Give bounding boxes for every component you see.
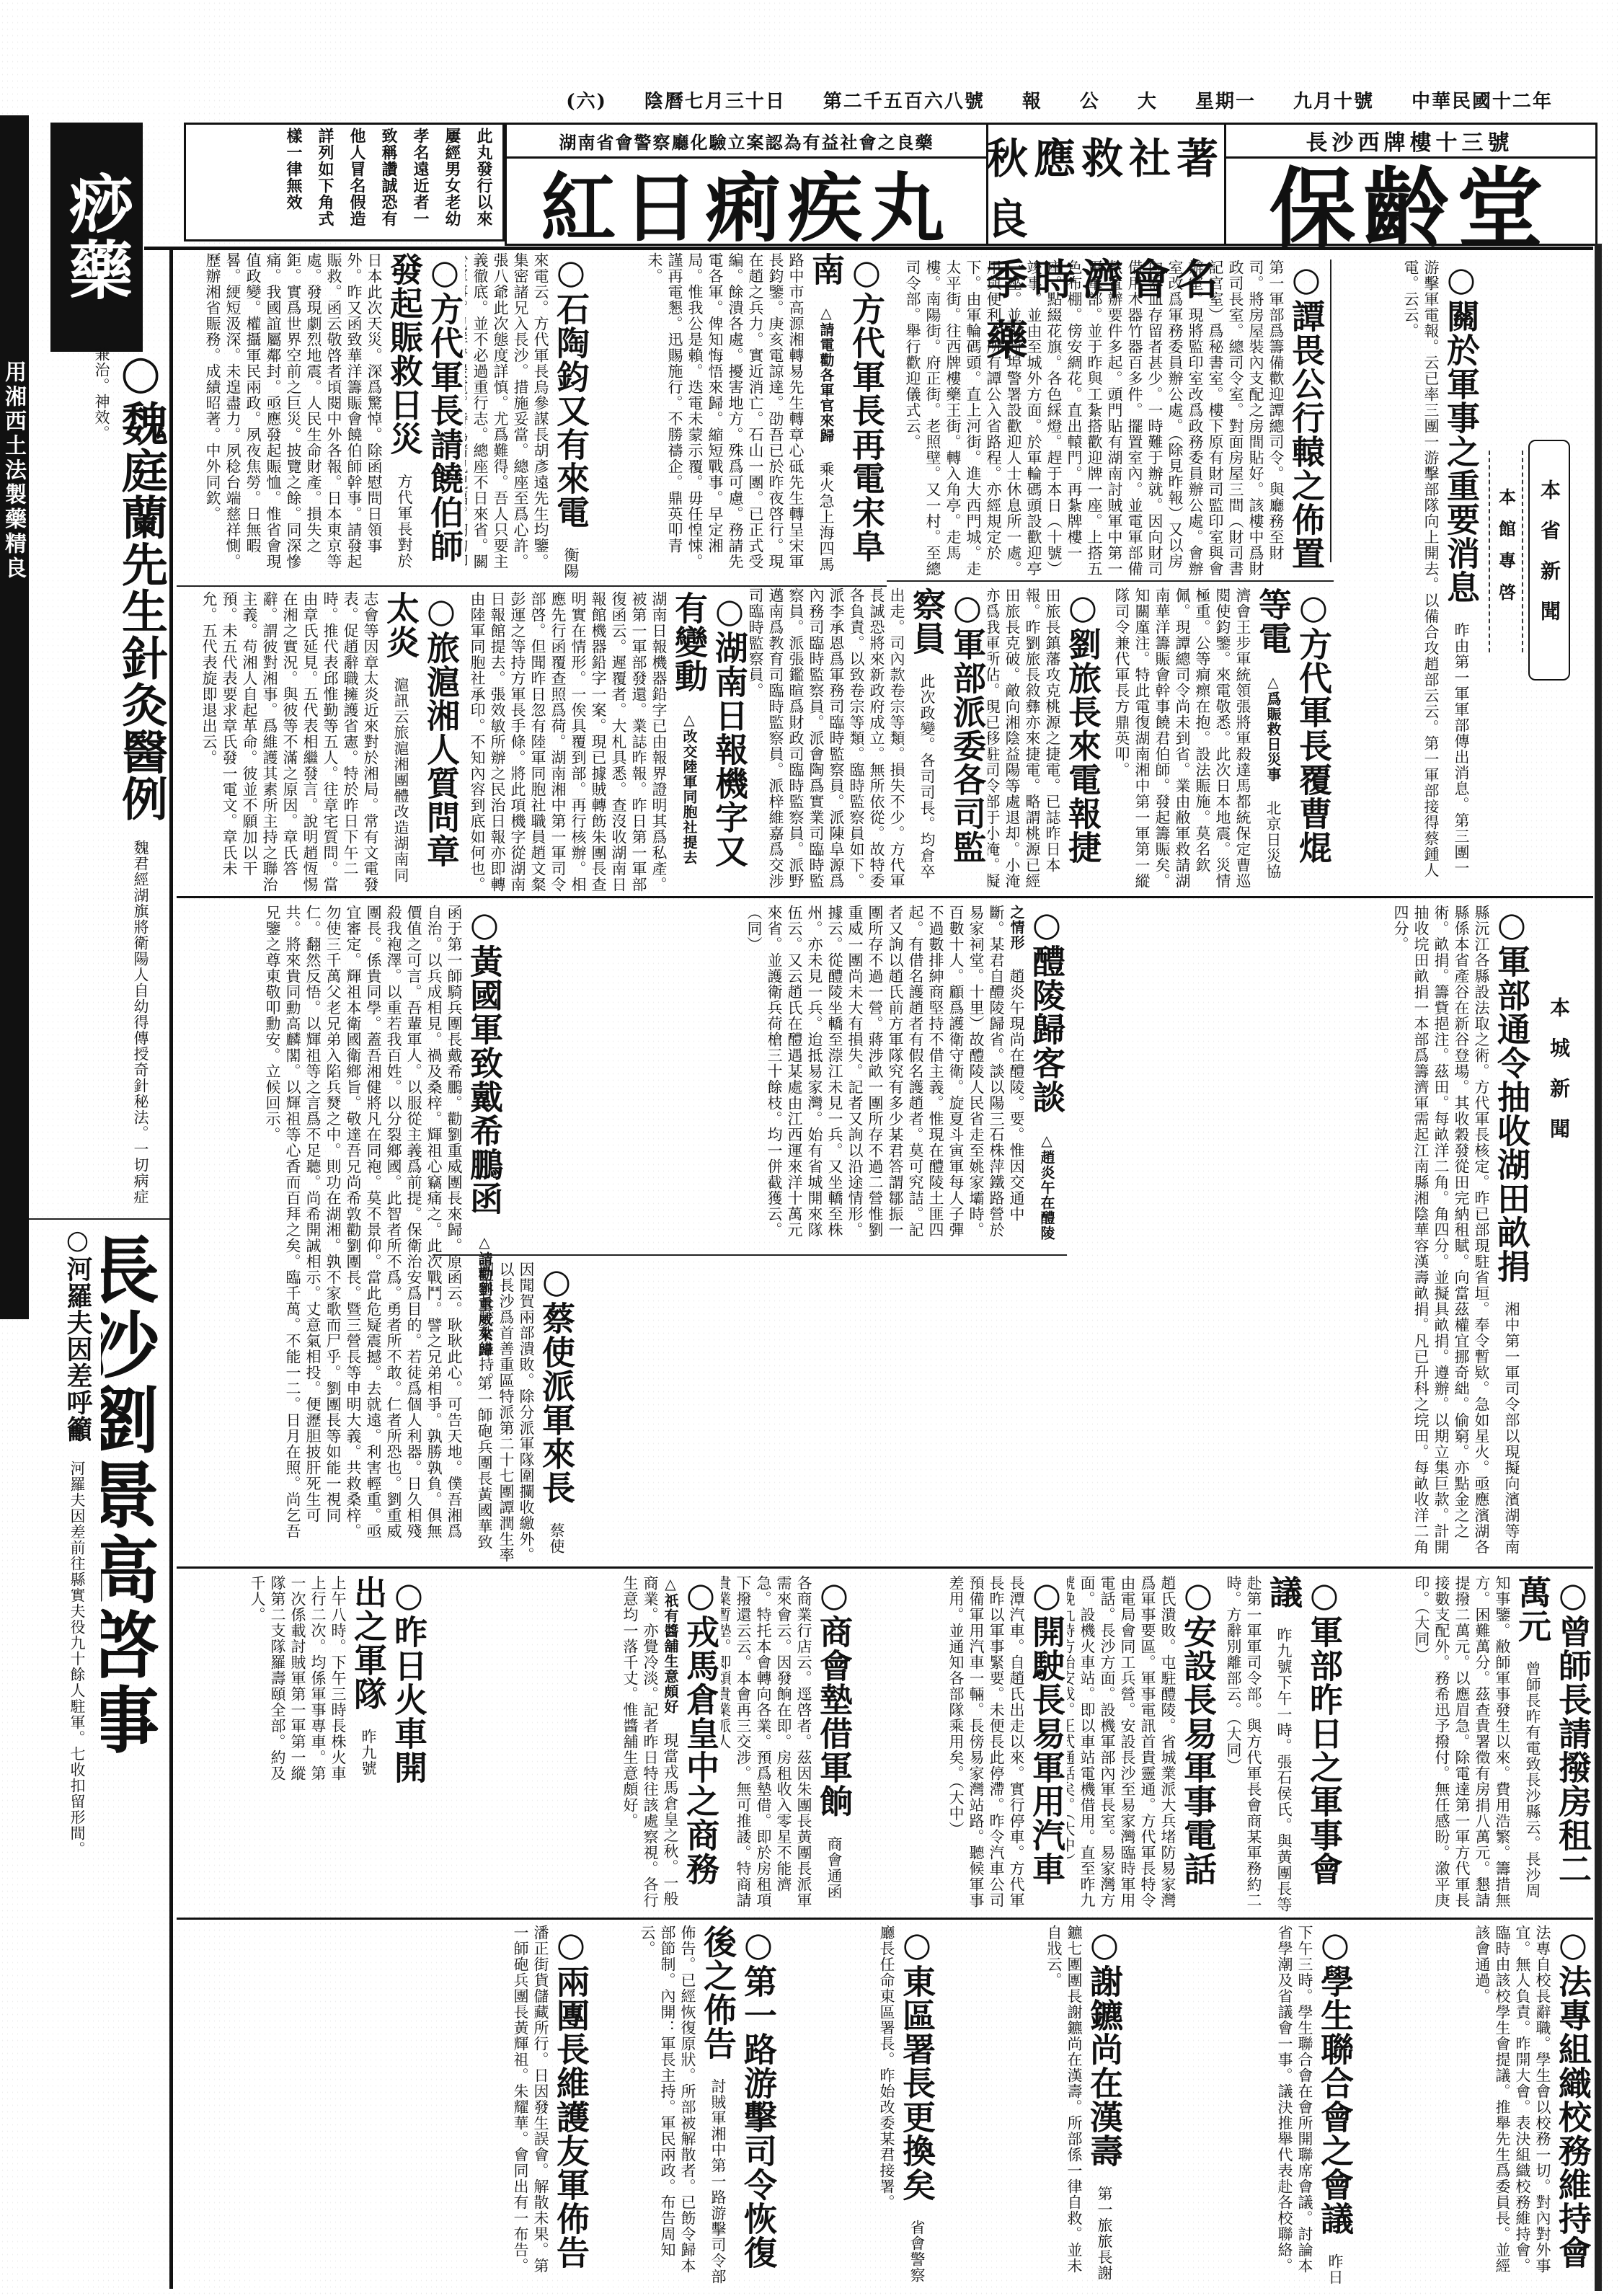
headline: 東區署長更換矣 [898, 1925, 936, 2202]
headline: 安設長易軍事電話 [1179, 1575, 1218, 1886]
headline: 兩團長維護友軍佈告 [551, 1925, 590, 2269]
headline: 黃國軍致戴希鵬函 [465, 905, 504, 1215]
article-heluofu: 河羅夫因差呼籲 河羅夫因差前往縣實夫役九十餘人駐軍。七收扣留形間。 [7, 1225, 97, 2285]
headline: 石陶鈞又有來電 [551, 252, 590, 529]
ad-notice: 此丸發行以來屢經男女老幼孝名遠近者一致稱讚誠恐有他人冒名假造詳列如下角式樣一律無… [184, 123, 505, 241]
article-student-union: 學生聯合會之會議 昨日下午三時。學生聯合會在會所開聯席會議。討論本省學潮及省議會… [1125, 1925, 1355, 2285]
ad-baolingtang: 長沙西牌樓十三號 保齡堂 [1222, 123, 1597, 246]
article-cai-troops: 蔡使派軍來長 蔡使因聞賀兩部潰敗。除分派軍隊圍攔收繳外。以長沙爲首善重區特派第二… [433, 1262, 577, 1564]
ad-baolingtang-name: 保齡堂 [1224, 159, 1595, 244]
article-body: 第一軍部爲籌備歡迎譚總司令。與廳務至財司。將房屋裝內支配之房間貼好。該樓中爲財政… [904, 260, 1285, 577]
row-rule [177, 1566, 1593, 1569]
article-zeng-rent: 曾師長請撥房租二萬元 曾師長昨有電致長沙縣云。長沙周知事鑒。敝師軍事發生以來。費… [1344, 1575, 1593, 1914]
ad-acupuncture-headline: 魏庭蘭先生針灸醫例 [114, 346, 167, 822]
ad-hongri-name: 紅日痢疾丸 [507, 159, 986, 244]
article-field-tax: 軍部通令抽收湖田畝捐 湘中第一軍司令部以現擬向濱湖等南縣沅江各縣設法取之術。方代… [1067, 905, 1532, 1568]
headline: 軍部通令抽收湖田畝捐 [1492, 905, 1531, 1283]
row-rule [177, 896, 1593, 898]
article-body: 潘正街貨儲藏所行。日因發生誤會。解散未果。第一師砲兵團長黃輝祖。朱耀華。會同出有… [512, 1925, 549, 2274]
masthead-item: (六) [566, 87, 607, 113]
article-zhang-taiyan: 旅滬湘人質問章太炎 滬訊云旅滬湘團體改造湖南同志會等因章太炎近來對於湘局。常有文… [177, 591, 461, 894]
masthead-item: 星期一 [1195, 87, 1256, 113]
article-inspectors: 軍部派委各司監察員 此次政變。各司司長。均倉卒出走。司內款卷宗等類。損失不少。方… [750, 588, 988, 890]
headline: 河羅夫因差呼籲 [63, 1225, 92, 1442]
article-east-district: 東區署長更換矣 省會警察廳長任命東區署長。昨始改委某君接署。 [779, 1925, 937, 2285]
article-body: 河羅夫因差前往縣實夫役九十餘人駐軍。七收扣留形間。 [68, 1461, 86, 1857]
ad-liu-jinggao: 長沙劉景高啓事 [101, 1233, 169, 1925]
section-label-our-notice: 本館專啓 [1489, 451, 1523, 652]
article-hunan-daily: 湖南日報機字又有變動 △改交陸軍同胞社提去 湖南日報機器鉛字已由報界證明其爲私產… [461, 591, 750, 894]
headline: 法專組織校務維持會 [1554, 1925, 1592, 2269]
left-column-border [169, 249, 173, 2289]
subhead: △請電勸各軍官來歸 [817, 304, 835, 443]
article-military-news: 關於軍事之重要消息 昨由第一軍軍部傳出消息。第三團一游擊軍電報。云已率三團一游擊… [1352, 260, 1481, 887]
article-body: 乘火急上海四馬路中市高源湘轉易先生轉章心砥先生轉呈宋軍長鈞鑒。庚亥電諒達。劭吾已… [646, 252, 835, 572]
row-divider [887, 580, 1334, 582]
headline: 譚畏公行轅之佈置 [1287, 260, 1326, 570]
article-body: 趙氏潰敗。屯駐醴陵。省城業派大兵堵防易家灣爲軍事要區。軍事電訊首貴靈通。方代軍長… [1067, 1575, 1176, 1908]
subhead: △爲賑救日災事 [1264, 673, 1282, 782]
headline: 劉旅長來電報捷 [1063, 588, 1102, 864]
article-law-school: 法專組織校務維持會 法專自校長辭職。學生會以校務一切。對內對外事宜。無人負責。昨… [1355, 1925, 1593, 2285]
left-edge-black-banner: 用湘西土法製藥精良 [0, 360, 29, 1319]
article-body: 滬訊云旅滬湘團體改造湖南同志會等因章太炎近來對於湘局。常有文電發表。促趙辭職擁護… [200, 591, 409, 892]
masthead-item: 公 [1080, 87, 1100, 113]
section-label-city-news: 本城新聞 [1539, 912, 1578, 1244]
article-military-meeting: 軍部昨日之軍事會議 昨九號下午一時。張石侯氏。與黃團長等赴第一軍軍司令部。與方代… [1218, 1575, 1344, 1914]
article-tan-residence: 譚畏公行轅之佈置 第一軍部爲籌備歡迎譚總司令。與廳務至財司。將房屋裝內支配之房間… [887, 260, 1326, 577]
ad-notice-text: 此丸發行以來屢經男女老幼孝名遠近者一致稱讚誠恐有他人冒名假造詳列如下角式樣一律無… [284, 128, 493, 227]
ad-qiuying-line1: 秋應救社著良 [986, 125, 1224, 246]
article-chamber-loan: 商會墊借軍餉 商會通函各商業行店云。逕啓者。茲因朱團長黃團長派軍需來會云。因發餉… [721, 1575, 854, 1914]
masthead-item: 第二千五百六八號 [823, 87, 985, 113]
left-ad-divider [29, 1218, 169, 1220]
masthead-item: 大 [1138, 87, 1158, 113]
subhead: △祇有醬舖生意頗好 [662, 1575, 679, 1714]
article-body: 長潭汽車。自趙氏出走以來。實行停車。方代軍長昨以軍事緊要。未便長此停滯。昨令汽車… [947, 1575, 1025, 1908]
article-body: 湖南日報機器鉛字已由報界證明其爲私產。被第一軍部發還。業誌昨報。昨日第一軍部復函… [469, 591, 668, 892]
article-shi-taojun: 石陶鈞又有來電 衡陽來電云。方代軍長烏參謀長胡彥遠先生均鑒。集密諸兄入長沙。措施… [465, 252, 591, 584]
article-fang-reply-cao: 方代軍長覆曹焜等電 △爲賑救日災事 北京日災協濟會王步軍統領張將軍殺達馬都統保定… [1103, 588, 1334, 890]
article-japan-relief: 方代軍長請饒伯師發起賑救日災 方代軍長對於日本此次天災。深爲驚悼。除函慰問日領事… [177, 252, 465, 584]
article-liling-traveler: 醴陵歸客談 △趙炎午在醴陵之情形 趙炎午現尚在醴陵。要。惟因交通中斷。某君自醴陵… [505, 905, 1067, 1251]
ad-acupuncture: 魏庭蘭先生針灸醫例 魏君經湖旗將衛陽人自幼得傳授奇針秘法。一切病症兼治。神效。 [29, 346, 169, 1211]
ad-qiuying: 秋應救社著良 季時濟會名藥 [984, 123, 1226, 246]
article-body: 法專自校長辭職。學生會以校務一切。對內對外事宜。無人負責。昨開大會。表決組織校務… [1473, 1925, 1551, 2274]
ad-hongri: 湖南省會警察廳化驗立案認為有益社會之良藥 紅日痢疾丸 [505, 123, 988, 246]
masthead-dateline: 中華民國十二年 九月十號 星期一 大 公 報 第二千五百六八號 陰曆七月三十日 … [202, 85, 1572, 114]
masthead-item: 中華民國十二年 [1412, 87, 1553, 113]
article-liu-victory: 劉旅長來電報捷 田旅長鎮藩攻克桃源之捷電。已誌昨日本報。昨劉旅長敘彝亦來捷電。略… [988, 588, 1103, 890]
article-body: 昨九號下午一時。張石侯氏。與黃團長等赴第一軍軍司令部。與方代軍長會商某軍務約二時… [1225, 1575, 1293, 1912]
article-military-phone: 安設長易軍事電話 趙氏潰敗。屯駐醴陵。省城業派大兵堵防易家灣爲軍事要區。軍事電訊… [1067, 1575, 1218, 1914]
row-divider [433, 1254, 1067, 1256]
article-military-car: 開駛長易軍用汽車 長潭汽車。自趙氏出走以來。實行停車。方代軍長昨以軍事緊要。未便… [854, 1575, 1067, 1914]
ad-liu-jinggao-headline: 長沙劉景高啓事 [101, 1233, 160, 1758]
top-rule [144, 247, 1593, 250]
headline: 商會墊借軍餉 [815, 1575, 854, 1818]
headline: 戎馬倉皇中之商務 [681, 1575, 720, 1886]
article-body: 趙炎午現尚在醴陵。要。惟因交通中斷。某君自醴陵歸省。談以陽三石株萍鐵路營於易家祠… [745, 905, 1025, 1238]
row-rule [177, 1918, 1593, 1920]
masthead-item: 九月十號 [1293, 87, 1374, 113]
headline: 學生聯合會之會議 [1316, 1925, 1355, 2235]
headline: 謝鑣尚在漢壽 [1085, 1925, 1124, 2168]
row-divider [177, 585, 887, 587]
masthead-item: 報 [1022, 87, 1042, 113]
article-train-troops: 昨日火車開出之軍隊 昨九號上午八時。下午三時長株火車上行二次。均係軍事專車。第一… [177, 1575, 429, 1791]
headline: 醴陵歸客談 [1027, 905, 1066, 1114]
article-body: 方代軍長對於日本此次天災。深爲驚悼。除函慰問日領事外。昨又函致華洋籌賑會饒伯師幹… [204, 252, 413, 569]
left-banner-text: 痧藥 [51, 171, 142, 303]
subhead: △改交陸軍同胞社提去 [681, 711, 698, 865]
article-fang-song: 方代軍長再電宋阜南 △請電勸各軍官來歸 乘火急上海四馬路中市高源湘轉易先生轉章心… [591, 252, 887, 584]
headline: 關於軍事之重要消息 [1442, 260, 1481, 604]
article-xie-biao: 謝鑣尚在漢壽 第一旅旅長謝鑣七團團長謝鑣尚在漢壽。所部係一律自救。並未自戕云。 [937, 1925, 1125, 2285]
article-two-colonels: 兩團長維護友軍佈告 潘正街貨儲藏所行。日因發生誤會。解散未果。第一師砲兵團長黃輝… [418, 1925, 591, 2285]
article-guerrilla-notice: 第一路游擊司令恢復後之佈告 討賊軍湘中第一路游擊司令部佈告。已經恢復原狀。所部被… [591, 1925, 779, 2285]
headline: 開駛長易軍用汽車 [1027, 1575, 1066, 1886]
left-banner-ad: 痧藥 [50, 123, 143, 352]
article-body: 田旅長鎮藩攻克桃源之捷電。已誌昨日本報。昨劉旅長敘彝亦來捷電。略謂桃源已經田旅長… [988, 588, 1061, 889]
section-label-provincial-news: 本省新聞 [1528, 440, 1570, 681]
right-border [1595, 244, 1602, 2291]
headline: 蔡使派軍來長 [537, 1262, 576, 1504]
masthead-item: 陰曆七月三十日 [644, 87, 786, 113]
column-divider [1330, 260, 1331, 562]
article-commerce: 戎馬倉皇中之商務 △祇有醬舖生意頗好 現當戎馬倉皇之秋。一般商業。亦覺冷淡。記者… [433, 1575, 721, 1914]
